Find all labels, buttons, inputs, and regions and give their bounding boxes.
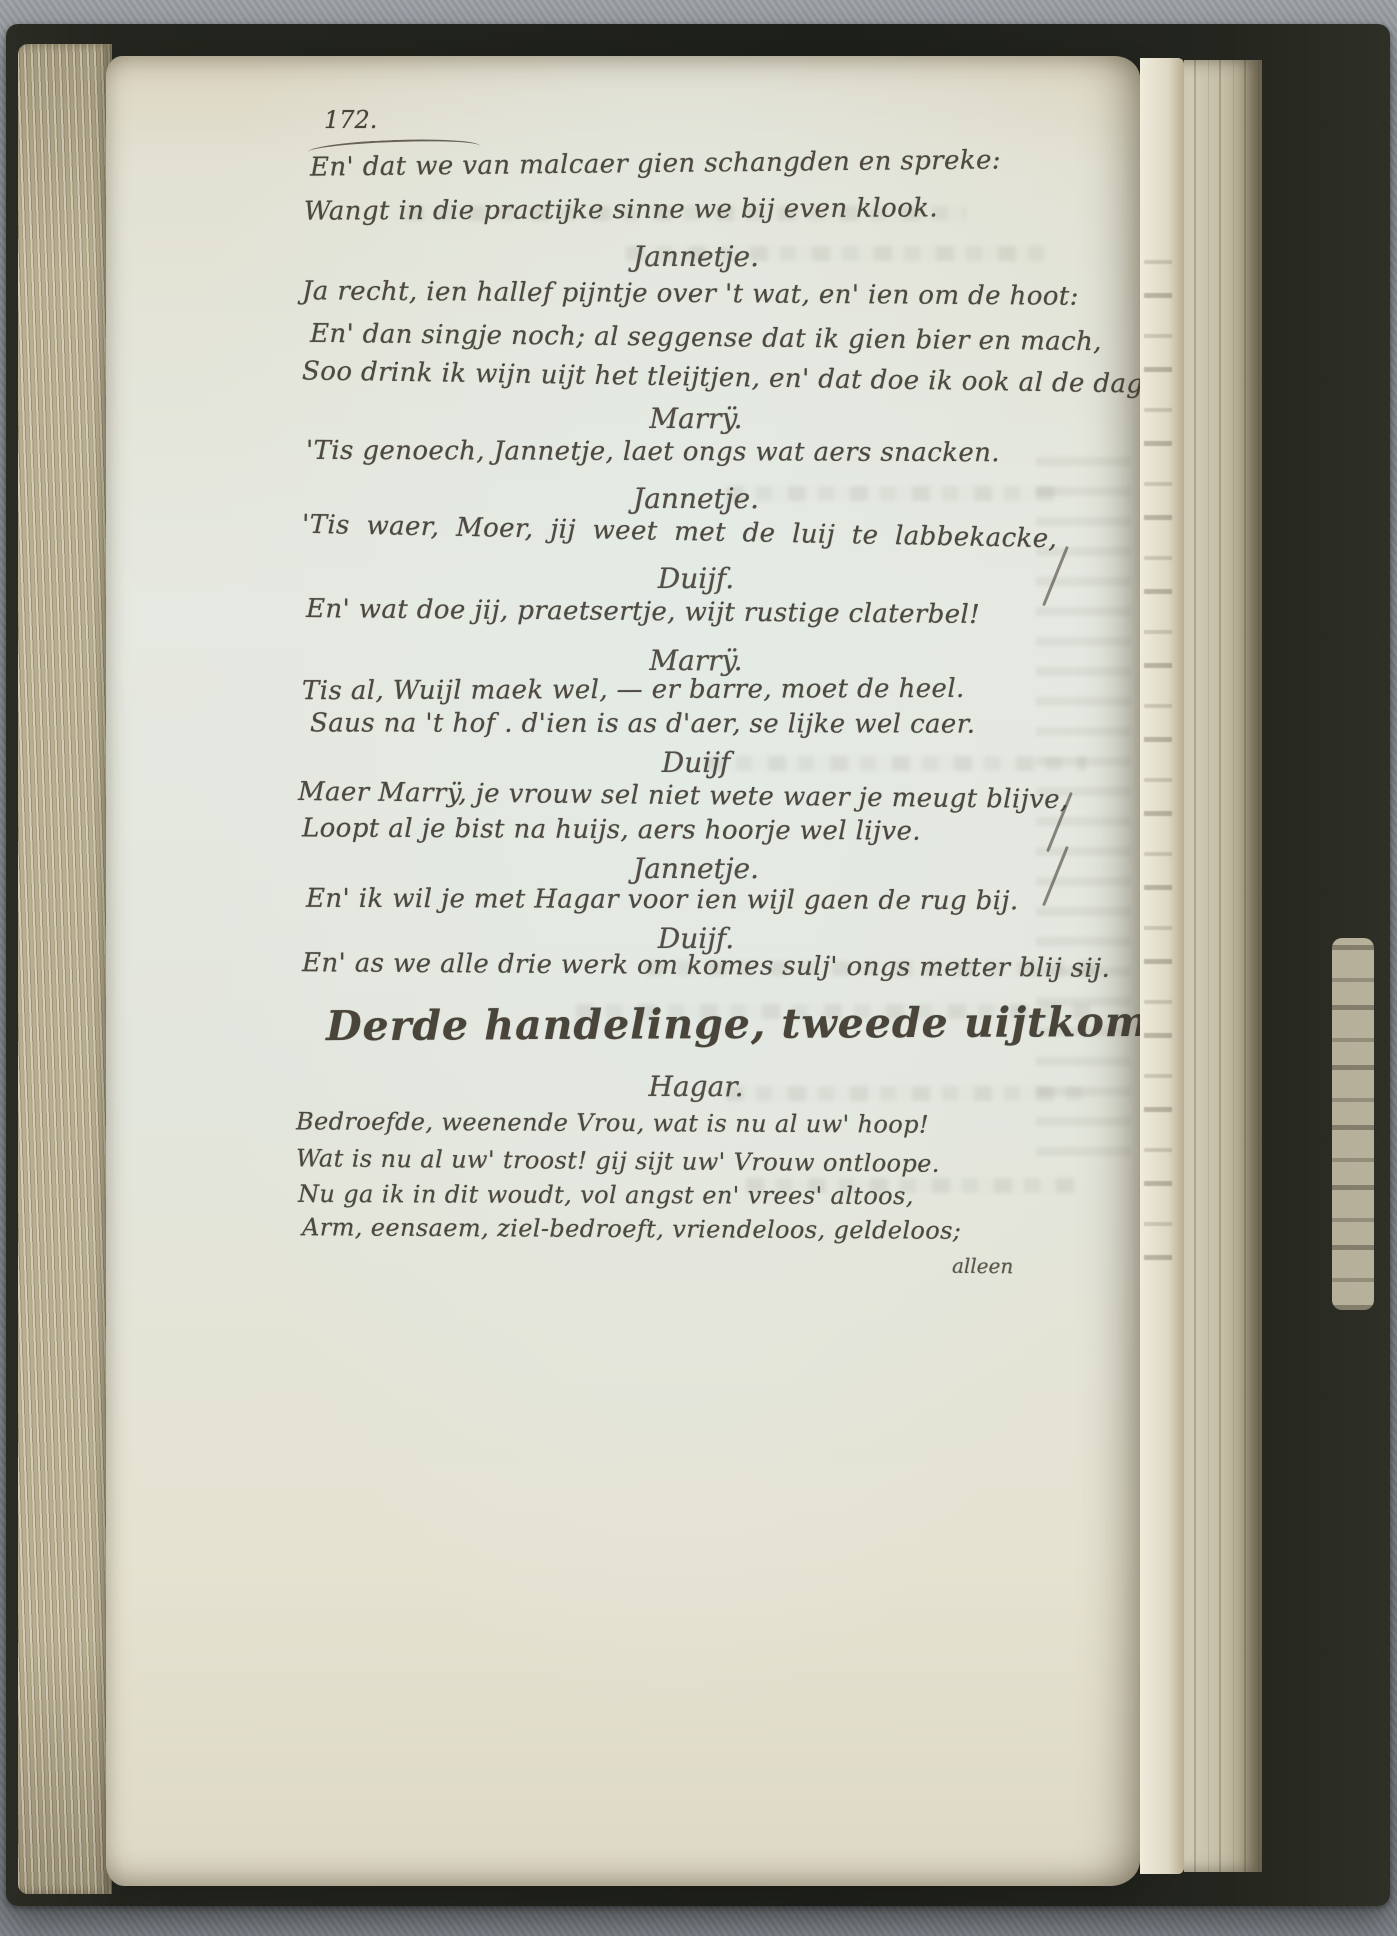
speaker-heading: Marrÿ. bbox=[306, 644, 1086, 677]
verse-line: En' ik wil je met Hagar voor ien wijl ga… bbox=[306, 885, 1019, 916]
verse-line: Maer Marrÿ, je vrouw sel niet wete waer … bbox=[298, 778, 1069, 815]
page-edges-stack bbox=[18, 44, 112, 1894]
next-leaf-creases bbox=[1184, 60, 1262, 1872]
verse-line: En' dat we van malcaer gien schangden en… bbox=[310, 146, 1001, 182]
speaker-heading: Duijf bbox=[306, 746, 1086, 779]
scene-heading: Derde handelinge, tweede uijtkomen. bbox=[326, 998, 1146, 1050]
verse-line: 'Tis waer, Moer, jij weet met de luij te… bbox=[302, 511, 1058, 554]
manuscript-photo: 172. En' dat we van malcaer gien schangd… bbox=[0, 0, 1397, 1936]
verse-line: En' as we alle drie werk om komes sulj' … bbox=[302, 949, 1110, 983]
speaker-heading: Hagar. bbox=[306, 1070, 1086, 1103]
verse-line: Wangt in die practijke sinne we bij even… bbox=[304, 194, 938, 226]
speaker-heading: Jannetje. bbox=[306, 482, 1086, 515]
verse-line: Arm, eensaem, ziel-bedroeft, vriendeloos… bbox=[302, 1214, 961, 1244]
verse-line: Wat is nu al uw' troost! gij sijt uw' Vr… bbox=[296, 1145, 940, 1177]
speaker-heading: Jannetje. bbox=[306, 240, 1086, 273]
catchword: alleen bbox=[952, 1254, 1013, 1278]
speaker-heading: Marrÿ. bbox=[306, 402, 1086, 435]
speaker-heading: Jannetje. bbox=[306, 852, 1086, 885]
verse-line: Tis al, Wuijl maek wel, — er barre, moet… bbox=[302, 675, 965, 706]
verse-line: Ja recht, ien hallef pijntje over 't wat… bbox=[302, 277, 1079, 311]
manuscript-page: 172. En' dat we van malcaer gien schangd… bbox=[106, 56, 1140, 1886]
folio-number: 172. bbox=[324, 106, 377, 134]
verse-line: Loopt al je bist na huijs, aers hoorje w… bbox=[302, 814, 921, 846]
verse-line: 'Tis genoech, Jannetje, laet ongs wat ae… bbox=[306, 437, 1000, 468]
verse-line: Soo drink ik wijn uijt het tleijtjen, en… bbox=[302, 357, 1152, 399]
binding-leaf-sliver bbox=[1332, 938, 1374, 1310]
verse-line: Nu ga ik in dit woudt, vol angst en' vre… bbox=[298, 1181, 914, 1210]
speaker-heading: Duijf. bbox=[306, 562, 1086, 595]
next-leaf-script-fragments bbox=[1144, 240, 1172, 1260]
verse-line: Bedroefde, weenende Vrou, wat is nu al u… bbox=[296, 1108, 929, 1138]
verse-line: Saus na 't hof . d'ien is as d'aer, se l… bbox=[310, 709, 975, 739]
verse-line: En' wat doe jij, praetsertje, wijt rusti… bbox=[306, 595, 980, 629]
verse-line: En' dan singje noch; al seggense dat ik … bbox=[310, 320, 1102, 357]
